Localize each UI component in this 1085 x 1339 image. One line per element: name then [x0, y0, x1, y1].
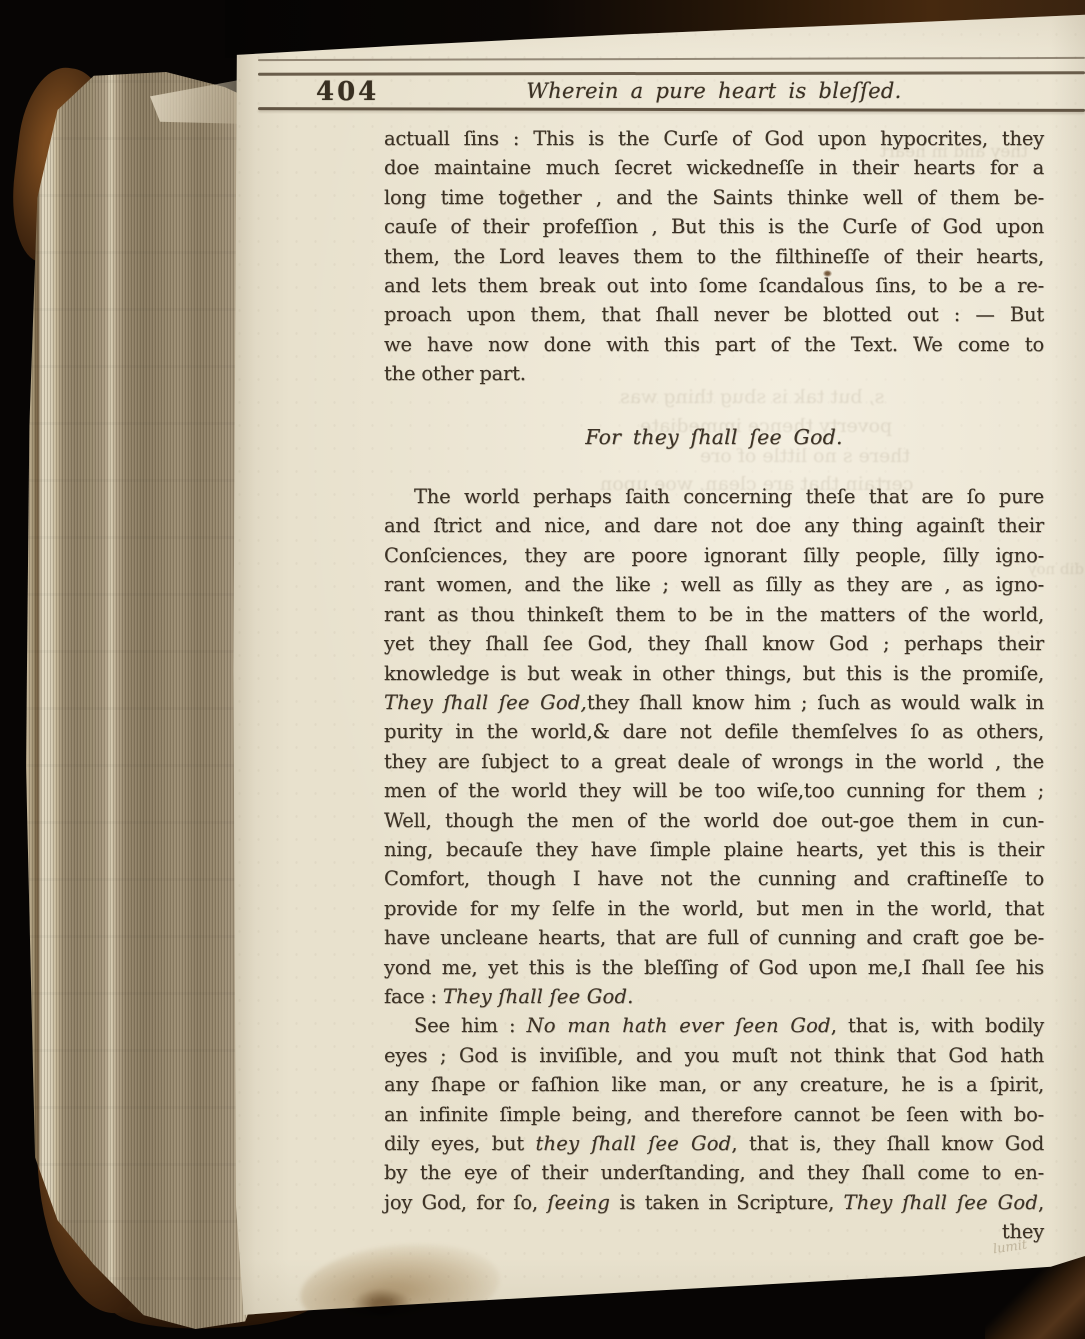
- scripture-quote: They ſhall ſee God,: [384, 691, 587, 714]
- text-segment: doe maintaine much ſecret wickedneſſe in…: [384, 156, 1044, 179]
- text-line: Comfort, though I have not the cunning a…: [384, 864, 1044, 893]
- text-segment: Well, though the men of the world doe ou…: [384, 809, 1044, 832]
- text-line: an infinite ſimple being, and therefore …: [384, 1100, 1044, 1129]
- text-line: purity in the world,& dare not defile th…: [384, 717, 1044, 746]
- text-segment: yond me, yet this is the bleſſing of God…: [384, 956, 1044, 979]
- scripture-quote: They ſhall ſee God: [843, 1191, 1038, 1214]
- text-line: them, the Lord leaves them to the filthi…: [384, 242, 1044, 271]
- text-segment: an infinite ſimple being, and therefore …: [384, 1103, 1044, 1126]
- text-segment: See him :: [414, 1014, 527, 1037]
- text-segment: face :: [384, 985, 443, 1008]
- text-segment: ning, becauſe they have ſimple plaine he…: [384, 838, 1044, 861]
- text-segment: and lets them break out into ſome ſcanda…: [384, 274, 1044, 297]
- text-line: joy God, for ſo, ſeeing is taken in Scri…: [384, 1188, 1044, 1217]
- text-line: provide for my ſelfe in the world, but m…: [384, 894, 1044, 923]
- text-line: have uncleane hearts, that are full of c…: [384, 923, 1044, 952]
- fore-edge-page-stack: [26, 72, 252, 1334]
- section-heading: For they ſhall ſee God.: [384, 423, 1044, 452]
- text-segment: proach upon them, that ſhall never be bl…: [384, 303, 1044, 326]
- text-segment: long time together , and the Saints thin…: [384, 186, 1044, 209]
- text-line: the other part.: [384, 359, 1044, 388]
- text-segment: ,: [1038, 1191, 1044, 1214]
- text-segment: cauſe of their profeſſion , But this is …: [384, 215, 1044, 238]
- text-line: long time together , and the Saints thin…: [384, 183, 1044, 212]
- page-number: 404: [316, 77, 379, 107]
- text-segment: actuall ſins : This is the Curſe of God …: [384, 127, 1044, 150]
- text-segment: The world perhaps ſaith concerning theſe…: [414, 485, 1044, 508]
- text-segment: any ſhape or faſhion like man, or any cr…: [384, 1073, 1044, 1096]
- text-segment: they: [1002, 1220, 1044, 1243]
- text-segment: provide for my ſelfe in the world, but m…: [384, 897, 1044, 920]
- text-line: Well, though the men of the world doe ou…: [384, 806, 1044, 835]
- text-segment: men of the world they will be too wiſe,t…: [384, 779, 1044, 802]
- text-block: actuall ſins : This is the Curſe of God …: [384, 124, 1044, 1247]
- text-segment: them, the Lord leaves them to the filthi…: [384, 245, 1044, 268]
- text-line: and lets them break out into ſome ſcanda…: [384, 271, 1044, 300]
- text-segment: joy God, for ſo,: [384, 1191, 547, 1214]
- text-segment: rant women, and the like ; well as ſilly…: [384, 573, 1044, 596]
- text-line: any ſhape or faſhion like man, or any cr…: [384, 1070, 1044, 1099]
- catchword: they: [384, 1217, 1044, 1246]
- text-segment: Comfort, though I have not the cunning a…: [384, 867, 1044, 890]
- photo-of-book-page: { "document": { "page_number": "404", "r…: [0, 0, 1085, 1339]
- text-line: doe maintaine much ſecret wickedneſſe in…: [384, 153, 1044, 182]
- text-segment: dily eyes, but: [384, 1132, 536, 1155]
- text-line: knowledge is but weak in other things, b…: [384, 659, 1044, 688]
- text-line: See him : No man hath ever ſeen God, tha…: [384, 1011, 1044, 1040]
- text-segment: they ſhall know him ; ſuch as would walk…: [587, 691, 1044, 714]
- text-line: yond me, yet this is the bleſſing of God…: [384, 953, 1044, 982]
- running-title: Wherein a pure heart is bleſſed.: [384, 79, 1044, 103]
- text-segment: have uncleane hearts, that are full of c…: [384, 926, 1044, 949]
- scripture-quote: For they ſhall ſee God.: [585, 425, 842, 449]
- text-line: we have now done with this part of the T…: [384, 330, 1044, 359]
- text-segment: we have now done with this part of the T…: [384, 333, 1044, 356]
- text-segment: eyes ; God is inviſible, and you muſt no…: [384, 1044, 1044, 1067]
- text-line: The world perhaps ſaith concerning theſe…: [384, 482, 1044, 511]
- text-segment: Conſciences, they are poore ignorant ſil…: [384, 544, 1044, 567]
- text-line: cauſe of their profeſſion , But this is …: [384, 212, 1044, 241]
- text-segment: knowledge is but weak in other things, b…: [384, 662, 1044, 685]
- text-line: Conſciences, they are poore ignorant ſil…: [384, 541, 1044, 570]
- scripture-quote: ſeeing: [547, 1191, 610, 1214]
- text-line: men of the world they will be too wiſe,t…: [384, 776, 1044, 805]
- text-segment: by the eye of their underſtanding, and t…: [384, 1161, 1044, 1184]
- text-line: rant as thou thinkeſt them to be in the …: [384, 600, 1044, 629]
- text-line: dily eyes, but they ſhall ſee God, that …: [384, 1129, 1044, 1158]
- text-segment: rant as thou thinkeſt them to be in the …: [384, 603, 1044, 626]
- text-line: They ſhall ſee God,they ſhall know him ;…: [384, 688, 1044, 717]
- scripture-quote: They ſhall ſee God.: [443, 985, 634, 1008]
- text-line: ning, becauſe they have ſimple plaine he…: [384, 835, 1044, 864]
- text-line: yet they ſhall ſee God, they ſhall know …: [384, 629, 1044, 658]
- text-segment: , that is, they ſhall know God: [731, 1132, 1044, 1155]
- text-segment: and ſtrict and nice, and dare not doe an…: [384, 514, 1044, 537]
- text-line: actuall ſins : This is the Curſe of God …: [384, 124, 1044, 153]
- text-segment: , that is, with bodily: [831, 1014, 1044, 1037]
- text-line: face : They ſhall ſee God.: [384, 982, 1044, 1011]
- text-segment: they are ſubject to a great deale of wro…: [384, 750, 1044, 773]
- text-segment: the other part.: [384, 362, 526, 385]
- text-line: rant women, and the like ; well as ſilly…: [384, 570, 1044, 599]
- scripture-quote: No man hath ever ſeen God: [527, 1014, 831, 1037]
- text-line: eyes ; God is inviſible, and you muſt no…: [384, 1041, 1044, 1070]
- scripture-quote: they ſhall ſee God: [536, 1132, 732, 1155]
- text-segment: is taken in Scripture,: [610, 1191, 843, 1214]
- text-segment: yet they ſhall ſee God, they ſhall know …: [384, 632, 1044, 655]
- text-line: and ſtrict and nice, and dare not doe an…: [384, 511, 1044, 540]
- text-line: proach upon them, that ſhall never be bl…: [384, 300, 1044, 329]
- text-segment: purity in the world,& dare not defile th…: [384, 720, 1044, 743]
- text-line: by the eye of their underſtanding, and t…: [384, 1158, 1044, 1187]
- text-line: they are ſubject to a great deale of wro…: [384, 747, 1044, 776]
